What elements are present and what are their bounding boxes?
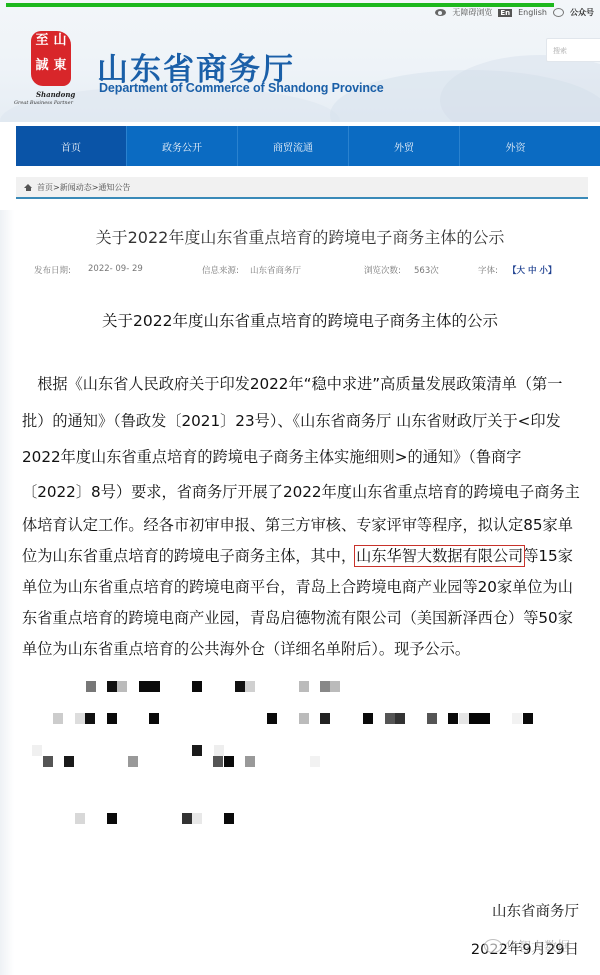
views-label: 浏览次数: (364, 264, 401, 276)
wechat-watermark: 华智大数据 (484, 936, 570, 955)
mosaic-block (267, 713, 277, 724)
body-line: 单位为山东省重点培育的公共海外仓（详细名单附后）。现予公示。 (22, 638, 582, 659)
mosaic-block (117, 681, 127, 692)
mosaic-block (53, 713, 63, 724)
mosaic-block (448, 713, 458, 724)
nav-item-home[interactable]: 首页 (16, 126, 127, 166)
mosaic-block (512, 713, 522, 724)
mosaic-block (363, 713, 373, 724)
font-label: 字体: (478, 264, 498, 276)
mosaic-block (75, 813, 85, 824)
source-label: 信息来源: (202, 264, 239, 276)
seal-logo-icon: 至 山 誠 東 (31, 31, 71, 86)
body-line: 位为山东省重点培育的跨境电子商务主体，其中，山东华智大数据有限公司等15家 (22, 545, 582, 566)
signature-organization: 山东省商务厅 (492, 900, 579, 921)
page-load-progress-bar (6, 3, 554, 7)
header-bg-mountain (440, 55, 600, 122)
nav-item-foreign-investment[interactable]: 外资 (460, 126, 571, 166)
breadcrumb-path[interactable]: 首页>新闻动态>通知公告 (37, 182, 130, 193)
mosaic-block (75, 713, 85, 724)
source-value: 山东省商务厅 (250, 264, 301, 276)
mosaic-block (43, 756, 53, 767)
mosaic-block (427, 713, 437, 724)
mosaic-block (64, 756, 74, 767)
body-line: 批）的通知》（鲁政发〔2021〕23号）、《山东省商务厅 山东省财政厅关于<印发 (22, 410, 582, 431)
eye-icon (435, 9, 446, 16)
wechat-account-link[interactable]: 公众号 (570, 7, 594, 18)
logo-tagline: Great Business Partner (14, 100, 73, 106)
logo-subtitle: Shandong (36, 90, 75, 99)
mosaic-block (245, 681, 255, 692)
accessibility-link[interactable]: 无障碍浏览 (452, 7, 492, 18)
nav-item-government-affairs[interactable]: 政务公开 (127, 126, 238, 166)
mosaic-block (310, 756, 320, 767)
mosaic-block (330, 681, 340, 692)
home-icon[interactable] (24, 184, 32, 191)
mosaic-block (459, 713, 469, 724)
mosaic-block (192, 681, 202, 692)
main-nav: 首页 政务公开 商贸流通 外贸 外资 (16, 126, 600, 166)
publish-date: 2022- 09- 29 (88, 264, 143, 274)
body-line: 2022年度山东省重点培育的跨境电子商务主体实施细则>的通知》（鲁商字 (22, 446, 582, 467)
mosaic-block (224, 813, 234, 824)
mosaic-block (469, 713, 490, 724)
mosaic-block (32, 745, 42, 756)
english-badge-icon: En (498, 9, 512, 17)
watermark-text: 华智大数据 (505, 936, 570, 955)
mosaic-block (214, 745, 224, 756)
breadcrumb: 首页>新闻动态>通知公告 (16, 177, 588, 199)
wechat-icon (553, 8, 564, 17)
mosaic-block (86, 681, 96, 692)
mosaic-block (128, 756, 138, 767)
font-size-controls[interactable]: 【大 中 小】 (508, 264, 556, 276)
nav-item-foreign-trade[interactable]: 外贸 (349, 126, 460, 166)
mosaic-block (192, 745, 202, 756)
mosaic-block (182, 813, 192, 824)
mosaic-block (385, 713, 395, 724)
site-title-en: Department of Commerce of Shandong Provi… (99, 81, 384, 95)
mosaic-block (139, 681, 160, 692)
body-line: 单位为山东省重点培育的跨境电商平台，青岛上合跨境电商产业园等20家单位为山 (22, 576, 582, 597)
date-label: 发布日期: (34, 264, 71, 276)
body-line: 根据《山东省人民政府关于印发2022年“稳中求进”高质量发展政策清单（第一 (22, 373, 582, 394)
mosaic-block (523, 713, 533, 724)
seal-char: 東 (51, 59, 69, 84)
mosaic-block (107, 681, 117, 692)
highlighted-company-name: 山东华智大数据有限公司 (356, 547, 523, 565)
utility-links: 无障碍浏览 En English 公众号 (435, 7, 594, 18)
body-line: 东省重点培育的跨境电商产业园，青岛启德物流有限公司（美国新泽西仓）等50家 (22, 607, 582, 628)
body-text-segment: 等15家 (523, 547, 573, 565)
document-title: 关于2022年度山东省重点培育的跨境电子商务主体的公示 (0, 309, 600, 331)
mosaic-block (213, 756, 223, 767)
seal-char: 山 (51, 34, 69, 59)
mosaic-block (299, 681, 309, 692)
site-logo[interactable]: 至 山 誠 東 Shandong Great Business Partner (14, 28, 92, 110)
body-line: 体培育认定工作。经各市初审申报、第三方审核、专家评审等程序，拟认定85家单 (22, 514, 582, 535)
search-input[interactable]: 搜索 (546, 38, 600, 62)
mosaic-block (299, 713, 309, 724)
seal-char: 至 (33, 34, 51, 59)
mosaic-block (107, 713, 117, 724)
mosaic-block (235, 681, 245, 692)
mosaic-block (395, 713, 405, 724)
mosaic-block (320, 713, 330, 724)
seal-char: 誠 (33, 59, 51, 84)
body-text-segment: 位为山东省重点培育的跨境电子商务主体，其中， (22, 547, 356, 565)
english-link[interactable]: English (518, 8, 547, 17)
mosaic-block (320, 681, 330, 692)
article-title: 关于2022年度山东省重点培育的跨境电子商务主体的公示 (0, 225, 600, 248)
views-count: 563次 (414, 264, 439, 276)
mosaic-block (224, 756, 234, 767)
mosaic-block (107, 813, 117, 824)
mosaic-block (85, 713, 95, 724)
mosaic-block (192, 813, 202, 824)
wechat-logo-icon (484, 939, 502, 953)
mosaic-block (245, 756, 255, 767)
nav-item-commerce-circulation[interactable]: 商贸流通 (238, 126, 349, 166)
body-line: 〔2022〕8号）要求，省商务厅开展了2022年度山东省重点培育的跨境电子商务主 (22, 481, 582, 502)
site-header: 无障碍浏览 En English 公众号 搜索 至 山 誠 東 Shandong… (0, 0, 600, 122)
mosaic-block (149, 713, 159, 724)
